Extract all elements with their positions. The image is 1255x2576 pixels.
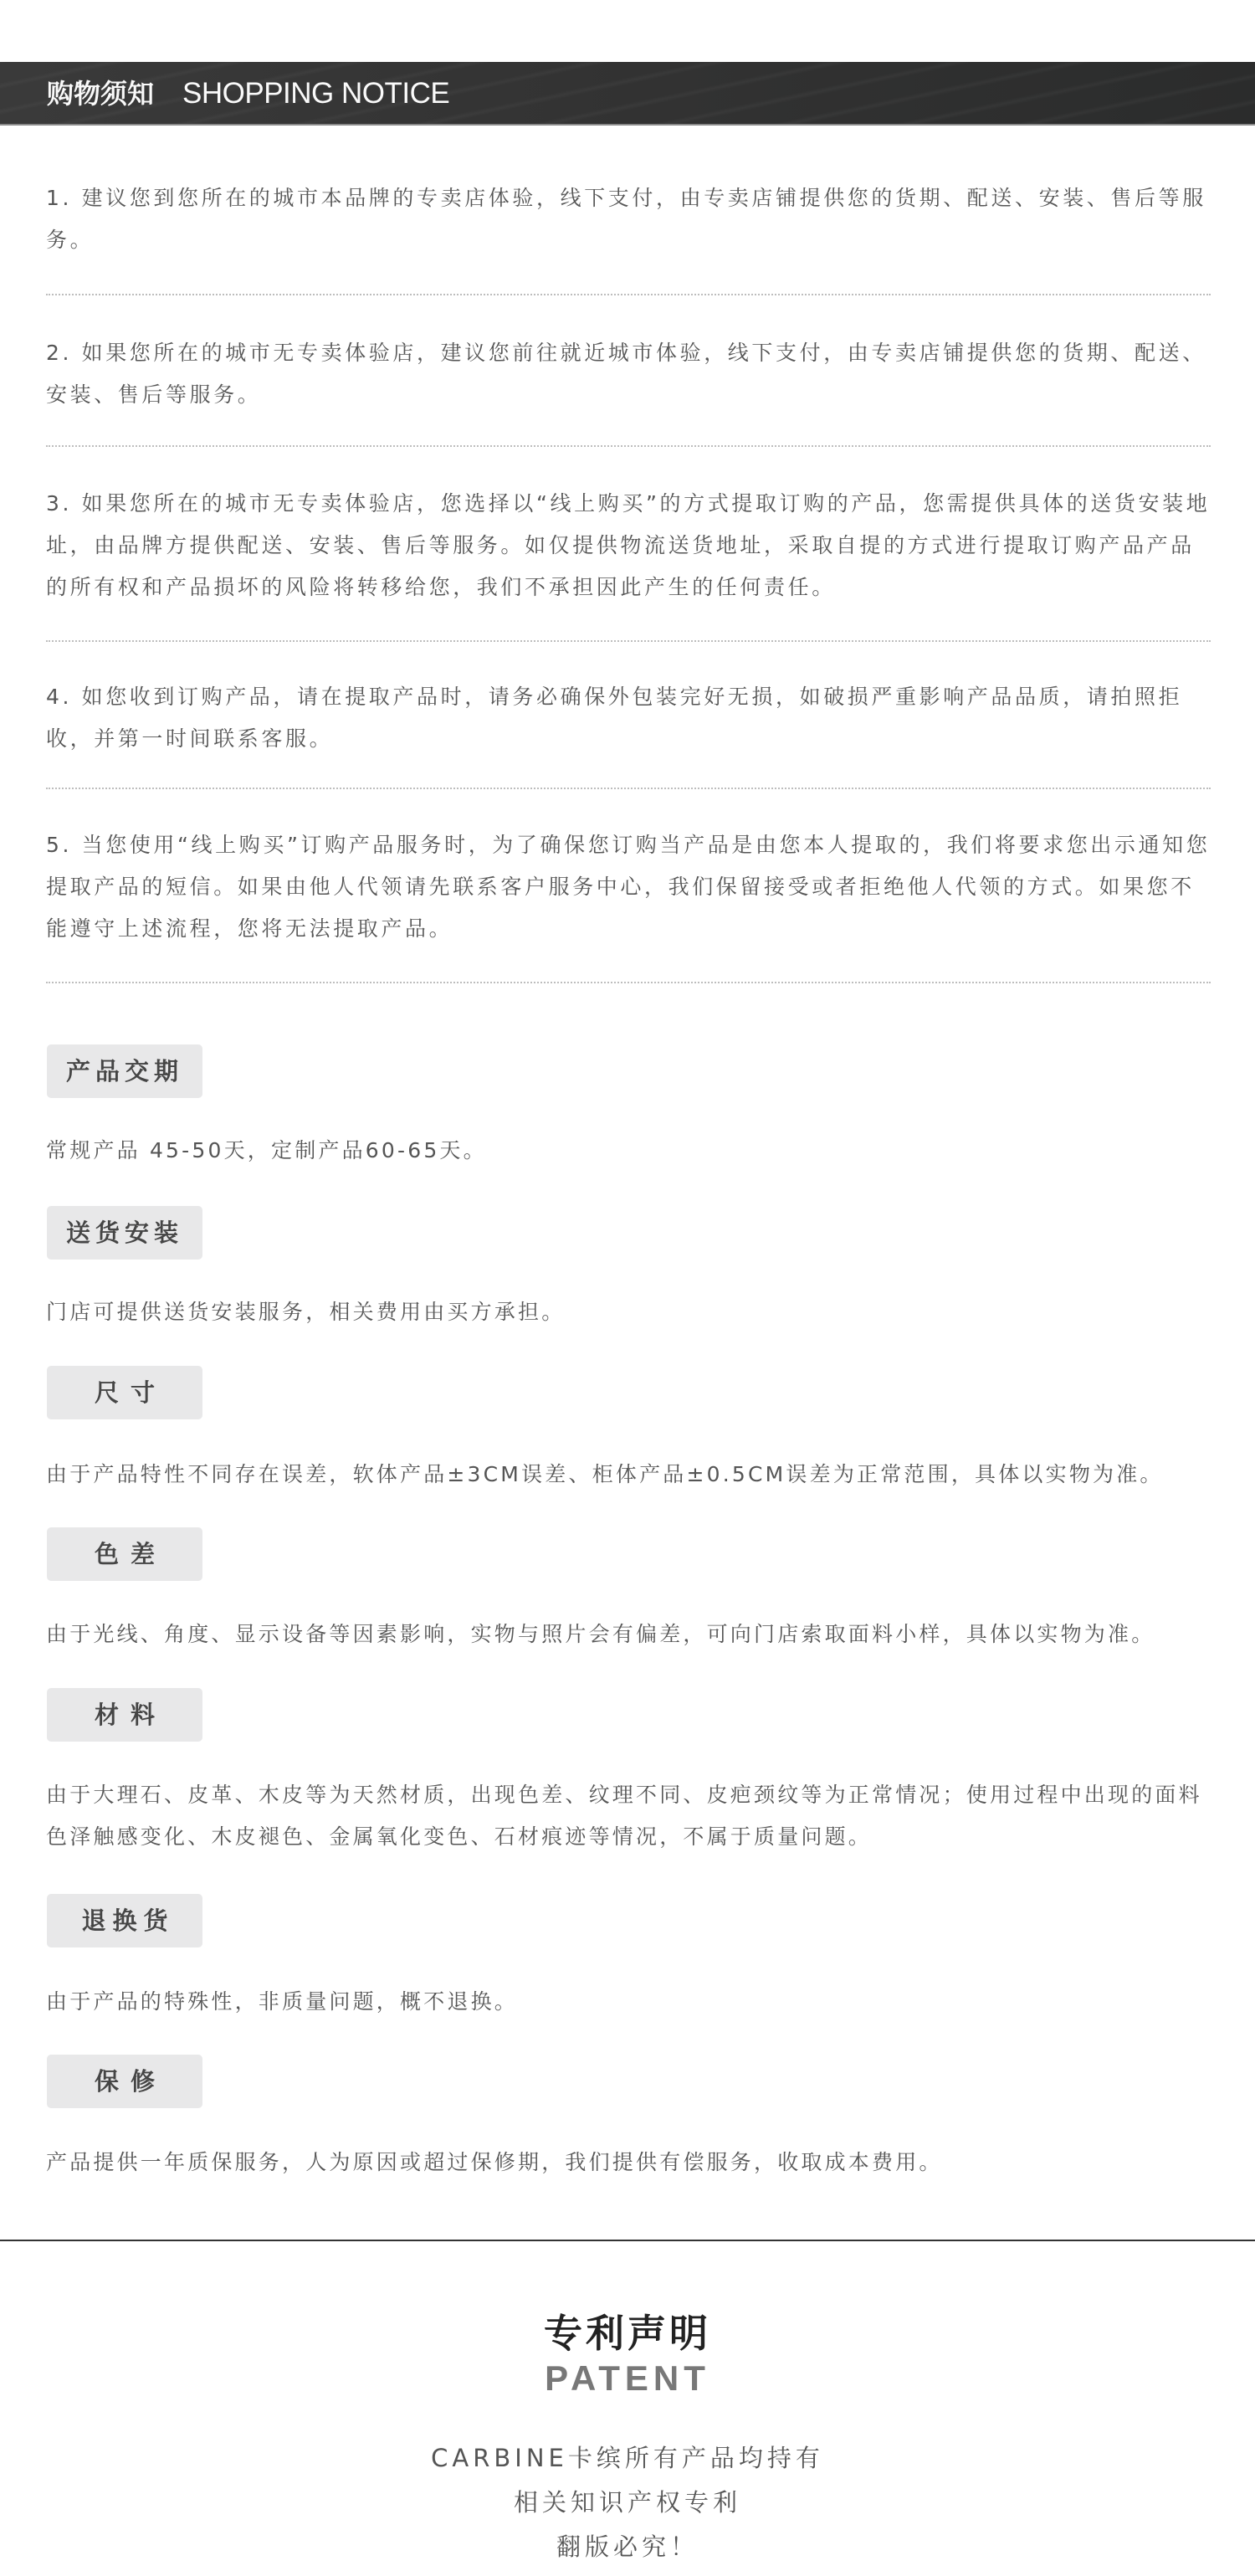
shopping-notice-banner: 购物须知SHOPPING NOTICE xyxy=(0,62,1255,126)
patent-line-3: 翻版必究！ xyxy=(0,2530,1255,2563)
section-text-warranty: 产品提供一年质保服务，人为原因或超过保修期，我们提供有偿服务，收取成本费用。 xyxy=(46,2142,1217,2183)
notice-item-3: 3. 如果您所在的城市无专卖体验店，您选择以“线上购买”的方式提取订购的产品，您… xyxy=(46,483,1211,608)
section-badge-material: 材料 xyxy=(47,1688,202,1742)
section-badge-warranty: 保修 xyxy=(47,2055,202,2108)
section-text-material: 由于大理石、皮革、木皮等为天然材质，出现色差、纹理不同、皮疤颈纹等为正常情况；使… xyxy=(46,1774,1213,1858)
patent-line-2: 相关知识产权专利 xyxy=(0,2486,1255,2519)
dotted-divider xyxy=(46,294,1211,295)
section-text-returns: 由于产品的特殊性，非质量问题，概不退换。 xyxy=(46,1981,1217,2023)
section-badge-delivery-installation: 送货安装 xyxy=(47,1206,202,1260)
dotted-divider xyxy=(46,640,1211,642)
section-text-delivery-time: 常规产品 45-50天，定制产品60-65天。 xyxy=(46,1130,1217,1172)
banner-title: 购物须知SHOPPING NOTICE xyxy=(47,62,449,126)
section-badge-color-difference: 色差 xyxy=(47,1527,202,1581)
banner-title-en: SHOPPING NOTICE xyxy=(182,77,449,110)
dotted-divider xyxy=(46,982,1211,983)
section-badge-delivery-time: 产品交期 xyxy=(47,1044,202,1098)
notice-item-5: 5. 当您使用“线上购买”订购产品服务时，为了确保您订购当产品是由您本人提取的，… xyxy=(46,824,1211,950)
patent-line-1: CARBINE卡缤所有产品均持有 xyxy=(0,2441,1255,2475)
section-badge-returns: 退换货 xyxy=(47,1894,202,1947)
banner-title-cn: 购物须知 xyxy=(47,78,154,110)
notice-item-1: 1. 建议您到您所在的城市本品牌的专卖店体验，线下支付，由专卖店铺提供您的货期、… xyxy=(46,177,1211,261)
patent-title-cn: 专利声明 xyxy=(0,2303,1255,2358)
section-divider xyxy=(0,2240,1255,2241)
section-text-size: 由于产品特性不同存在误差，软体产品±3CM误差、柜体产品±0.5CM误差为正常范… xyxy=(46,1454,1217,1496)
notice-item-2: 2. 如果您所在的城市无专卖体验店，建议您前往就近城市体验，线下支付，由专卖店铺… xyxy=(46,332,1211,416)
notice-item-4: 4. 如您收到订购产品，请在提取产品时，请务必确保外包装完好无损，如破损严重影响… xyxy=(46,676,1211,760)
section-text-color-difference: 由于光线、角度、显示设备等因素影响，实物与照片会有偏差，可向门店索取面料小样，具… xyxy=(46,1614,1217,1655)
section-badge-size: 尺寸 xyxy=(47,1366,202,1419)
section-text-delivery-installation: 门店可提供送货安装服务，相关费用由买方承担。 xyxy=(46,1291,1217,1333)
dotted-divider xyxy=(46,788,1211,789)
patent-title-en: PATENT xyxy=(0,2358,1255,2399)
dotted-divider xyxy=(46,445,1211,447)
